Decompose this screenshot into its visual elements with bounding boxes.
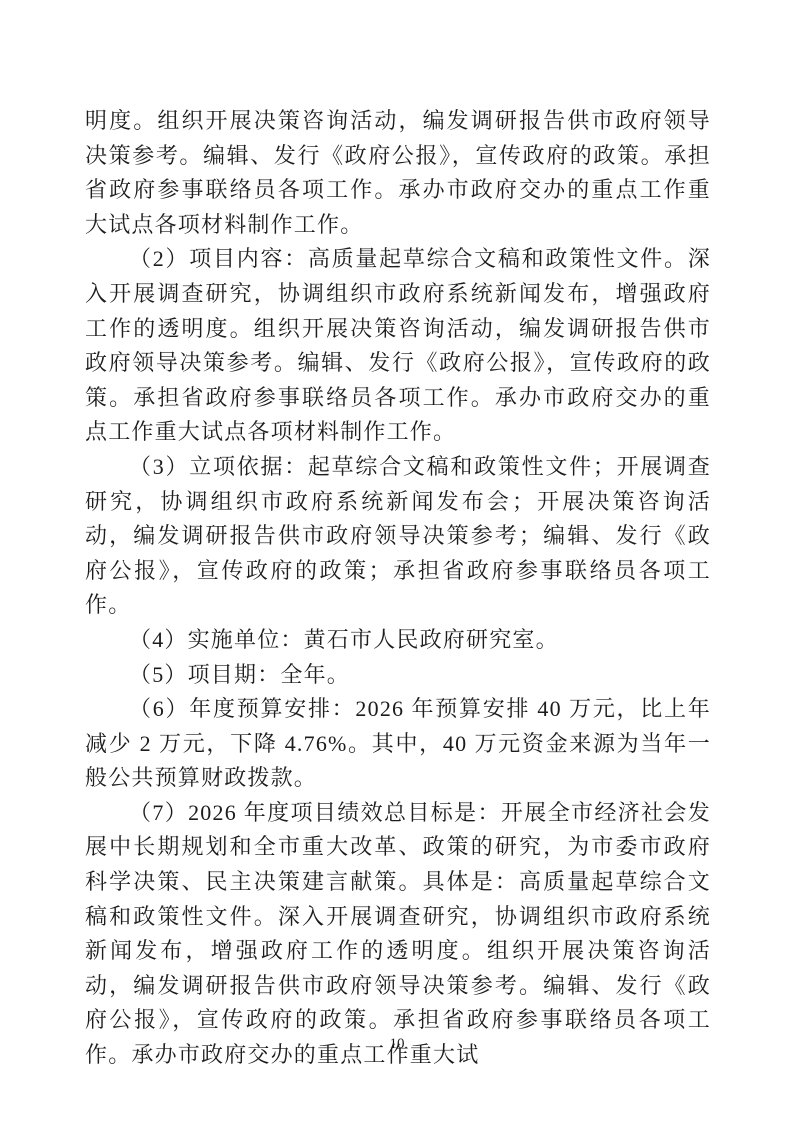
paragraph-project-period: （5）项目期：全年。 — [85, 658, 711, 693]
document-body: 明度。组织开展决策咨询活动，编发调研报告供市政府领导决策参考。编辑、发行《政府公… — [85, 104, 711, 1073]
paragraph-annual-budget: （6）年度预算安排：2026 年预算安排 40 万元，比上年减少 2 万元，下降… — [85, 692, 711, 796]
paragraph-project-content: （2）项目内容：高质量起草综合文稿和政策性文件。深入开展调查研究，协调组织市政府… — [85, 242, 711, 450]
paragraph-project-basis: （3）立项依据：起草综合文稿和政策性文件；开展调查研究，协调组织市政府系统新闻发… — [85, 450, 711, 623]
paragraph-implementing-unit: （4）实施单位：黄石市人民政府研究室。 — [85, 623, 711, 658]
document-page: 明度。组织开展决策咨询活动，编发调研报告供市政府领导决策参考。编辑、发行《政府公… — [0, 0, 794, 1123]
paragraph-performance-goal: （7）2026 年度项目绩效总目标是：开展全市经济社会发展中长期规划和全市重大改… — [85, 796, 711, 1073]
paragraph-continuation: 明度。组织开展决策咨询活动，编发调研报告供市政府领导决策参考。编辑、发行《政府公… — [85, 104, 711, 242]
page-number: 10 — [0, 1036, 794, 1053]
